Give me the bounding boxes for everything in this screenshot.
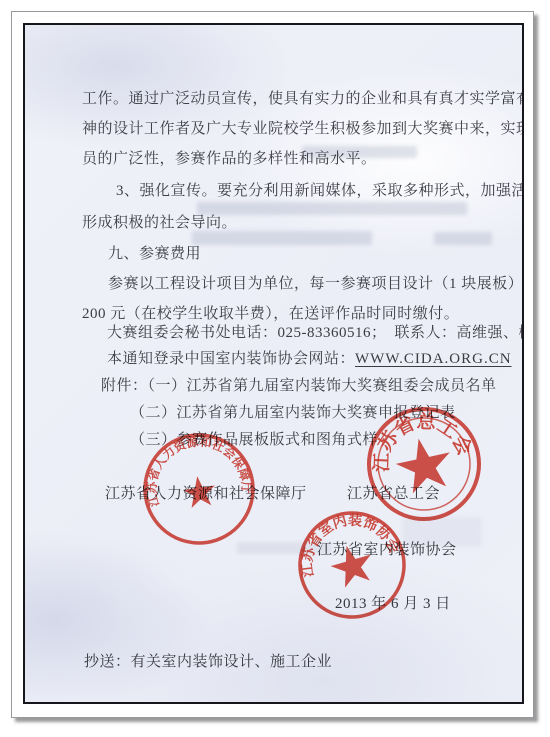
bleed-through-mark: [434, 232, 492, 245]
website-line-prefix: 本通知登录中国室内装饰协会网站：: [107, 351, 355, 367]
body-line: 200 元（在校学生收取半费），在送评作品时同时缴付。: [82, 305, 459, 324]
scanned-document-page: 工作。通过广泛动员宣传，使具有实力的企业和具有真才实学富有创造精 神的设计工作者…: [23, 23, 524, 704]
scan-photo-frame: 工作。通过广泛动员宣传，使具有实力的企业和具有真才实学富有创造精 神的设计工作者…: [11, 11, 534, 718]
body-line: 参赛以工程设计项目为单位，每一参赛项目设计（1 块展板）收报名费: [108, 275, 524, 294]
section-heading-fees: 九、参赛费用: [108, 245, 201, 264]
body-line: 神的设计工作者及广大专业院校学生积极参加到大奖赛中来，实现参赛人: [82, 120, 524, 139]
star-icon: [326, 540, 377, 590]
stamp-hr-dept: 江苏省人力资源和社会保障厅: [131, 421, 267, 557]
bleed-through-mark: [197, 202, 467, 215]
attachment-line: 附件：（一）江苏省第九届室内装饰大奖赛组委会成员名单: [101, 377, 497, 396]
body-line: 形成积极的社会导向。: [82, 214, 237, 233]
bleed-through-mark: [192, 231, 372, 245]
body-line: 工作。通过广泛动员宣传，使具有实力的企业和具有真才实学富有创造精: [82, 90, 524, 109]
website-line: 本通知登录中国室内装饰协会网站：WWW.CIDA.ORG.CN: [107, 350, 512, 369]
star-icon: [392, 433, 457, 496]
body-line: 3、强化宣传。要充分利用新闻媒体，采取多种形式，加强活动宣传，: [116, 182, 524, 201]
contact-line: 大赛组委会秘书处电话：025-83360516； 联系人：高维强、柳晓军: [107, 324, 524, 343]
website-url: WWW.CIDA.ORG.CN: [355, 351, 512, 367]
cc-line: 抄送：有关室内装饰设计、施工企业: [84, 650, 332, 671]
stamp-hr-dept-seal: 江苏省人力资源和社会保障厅: [131, 421, 267, 557]
star-icon: [181, 474, 217, 509]
body-line: 员的广泛性，参赛作品的多样性和高水平。: [82, 150, 377, 169]
